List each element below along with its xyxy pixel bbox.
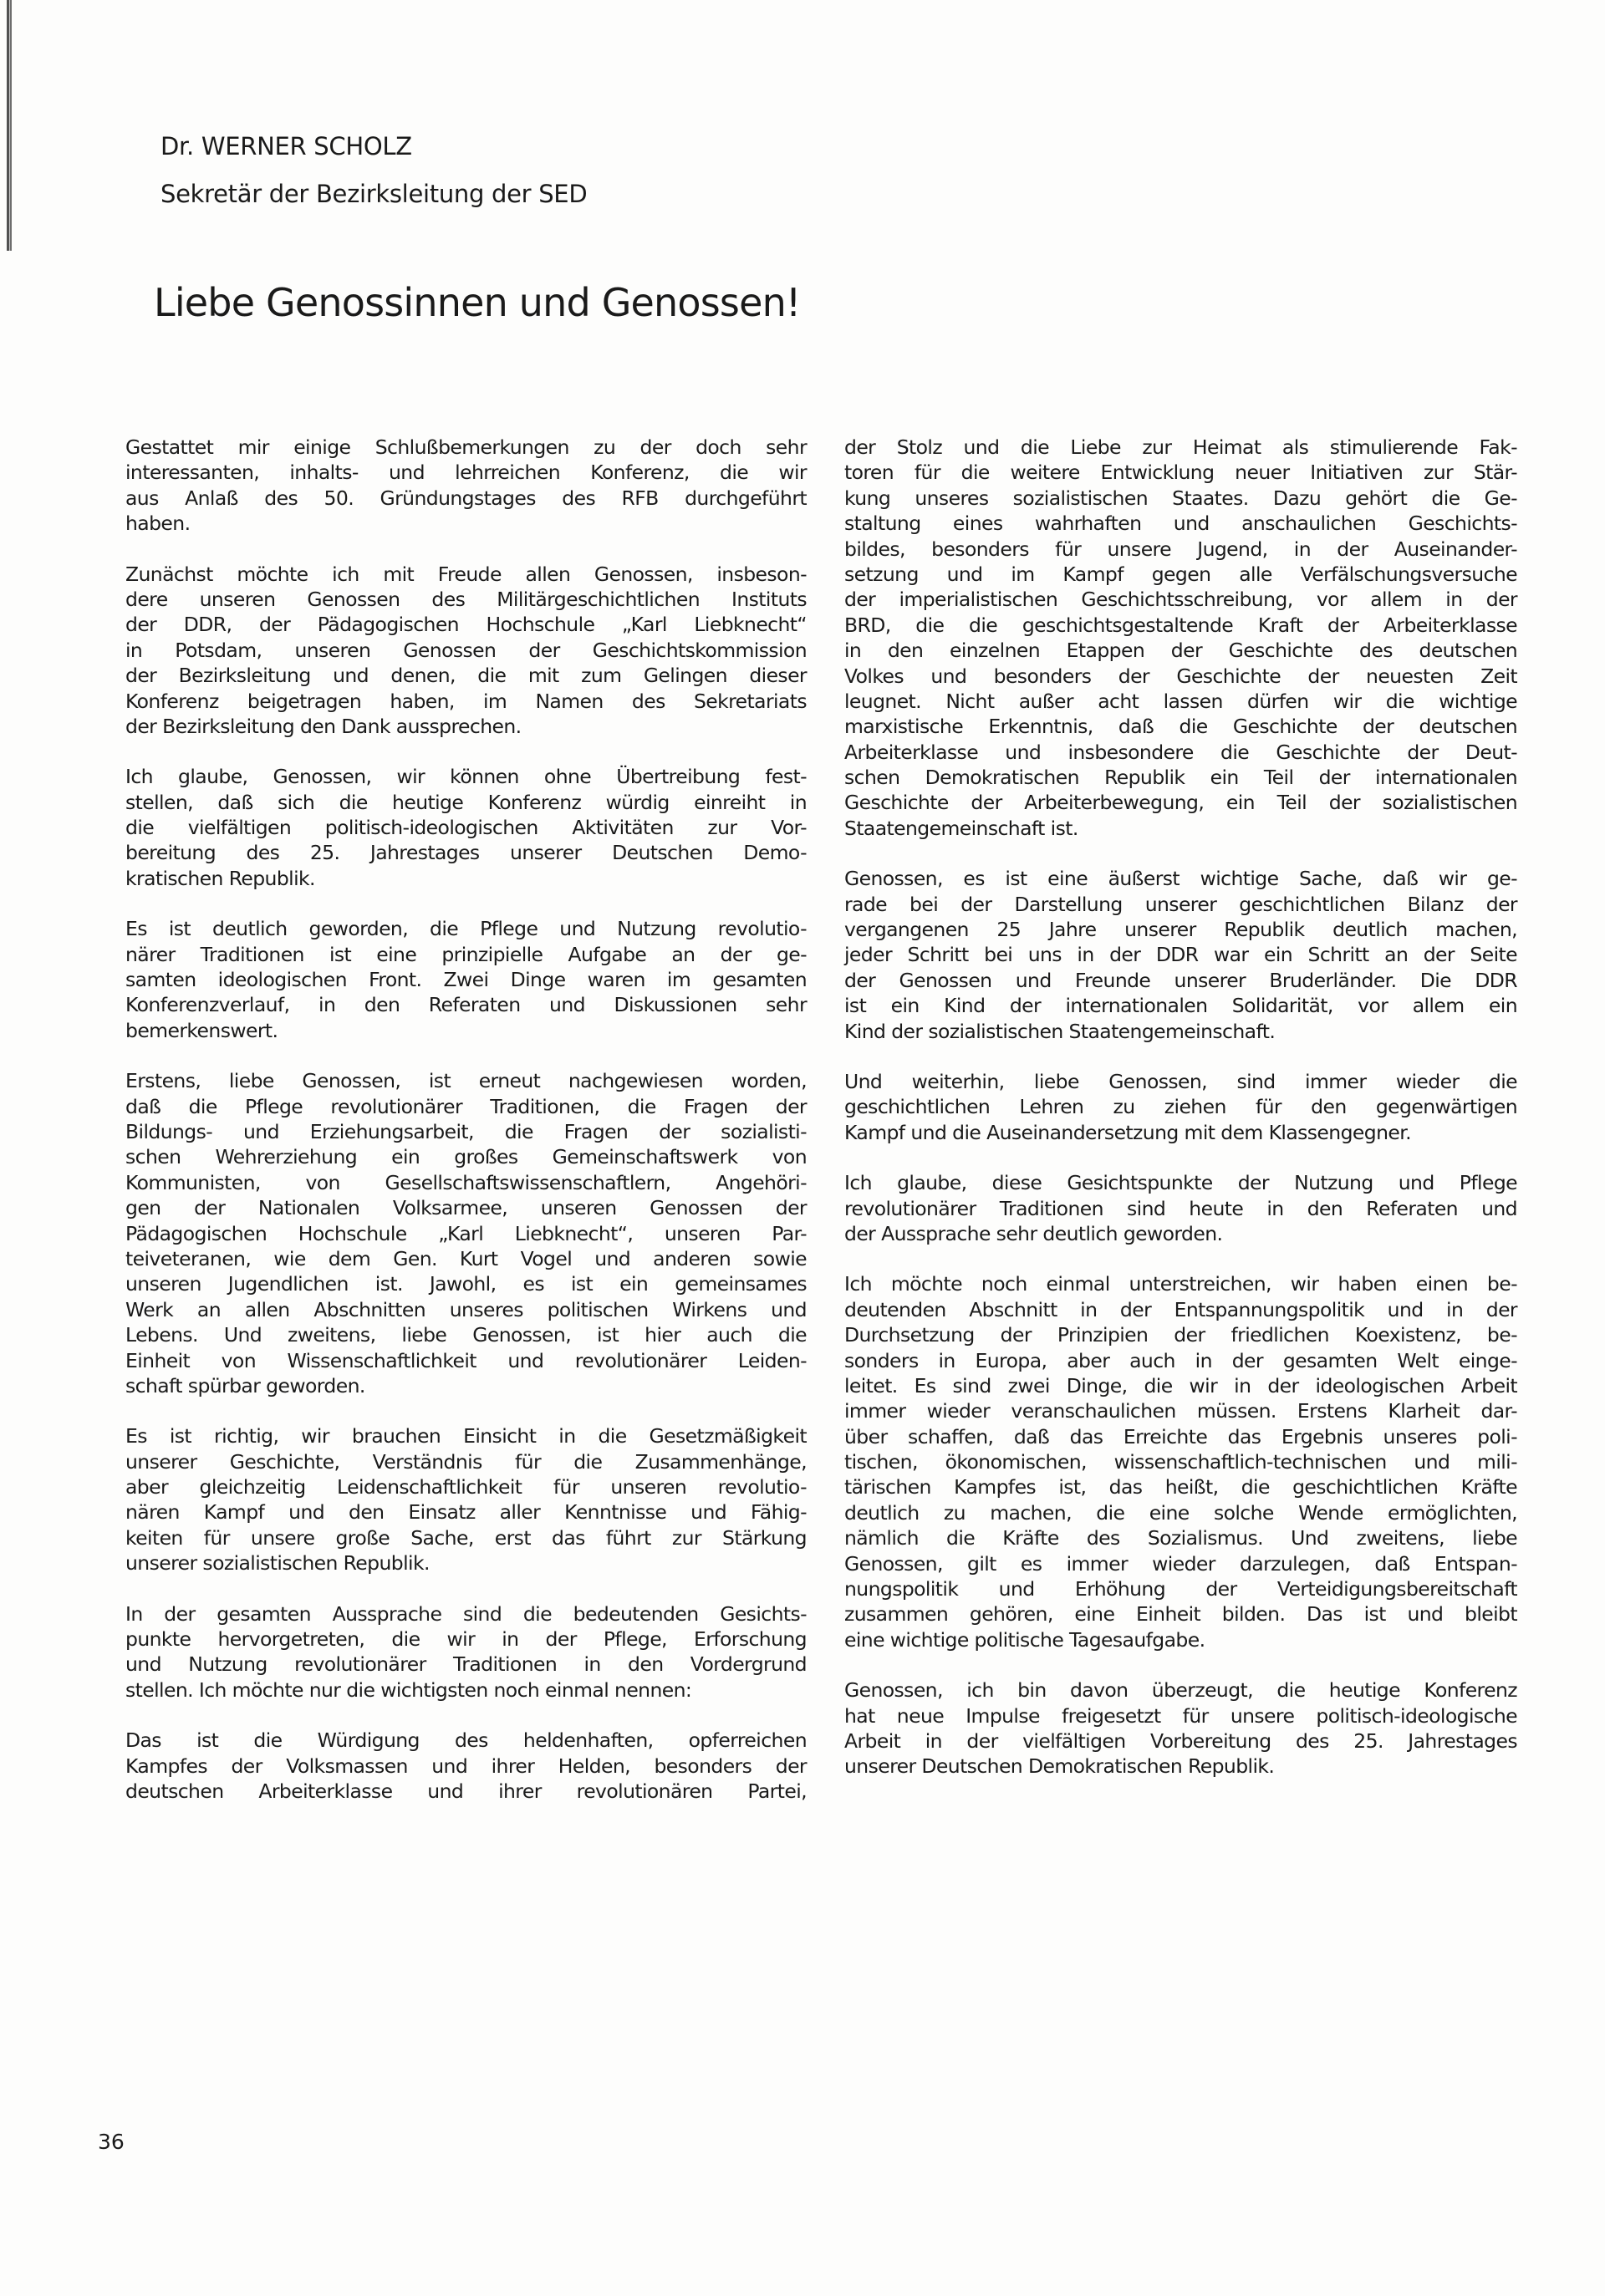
text-line: in den einzelnen Etappen der Geschichte … xyxy=(844,638,1517,663)
text-line: dere unseren Genossen des Militärgeschic… xyxy=(125,587,807,612)
text-line: sonders in Europa, aber auch in der gesa… xyxy=(844,1348,1517,1373)
author-name: Dr. WERNER SCHOLZ xyxy=(160,132,412,160)
text-line: bemerkenswert. xyxy=(125,1018,807,1043)
text-line: Gestattet mir einige Schlußbemerkungen z… xyxy=(125,435,807,460)
text-line: Es ist richtig, wir brauchen Einsicht in… xyxy=(125,1423,807,1448)
text-line: rade bei der Darstellung unserer geschic… xyxy=(844,892,1517,917)
text-line: keiten für unsere große Sache, erst das … xyxy=(125,1525,807,1550)
paragraph: Es ist richtig, wir brauchen Einsicht in… xyxy=(125,1423,807,1576)
text-line: gen der Nationalen Volksarmee, unseren G… xyxy=(125,1195,807,1220)
paragraph: Genossen, es ist eine äußerst wichtige S… xyxy=(844,866,1517,1044)
text-line: Kampf und die Auseinandersetzung mit dem… xyxy=(844,1120,1517,1145)
text-line: Genossen, es ist eine äußerst wichtige S… xyxy=(844,866,1517,891)
text-line: Arbeiterklasse und insbesondere die Gesc… xyxy=(844,740,1517,765)
author-role: Sekretär der Bezirksleitung der SED xyxy=(160,180,587,208)
text-line: der imperialistischen Geschichtsschreibu… xyxy=(844,587,1517,612)
text-line: bildes, besonders für unsere Jugend, in … xyxy=(844,537,1517,562)
text-line: marxistische Erkenntnis, daß die Geschic… xyxy=(844,714,1517,739)
text-line: nungspolitik und Erhöhung der Verteidigu… xyxy=(844,1576,1517,1601)
page-title: Liebe Genossinnen und Genossen! xyxy=(154,280,801,325)
text-line: teiveteranen, wie dem Gen. Kurt Vogel un… xyxy=(125,1246,807,1271)
text-line: Ich möchte noch einmal unterstreichen, w… xyxy=(844,1271,1517,1296)
text-line: Volkes und besonders der Geschichte der … xyxy=(844,664,1517,689)
text-line: Es ist deutlich geworden, die Pflege und… xyxy=(125,916,807,941)
text-line: Pädagogischen Hochschule „Karl Liebknech… xyxy=(125,1221,807,1246)
paragraph: Genossen, ich bin davon überzeugt, die h… xyxy=(844,1677,1517,1779)
text-line: nämlich die Kräfte des Sozialismus. Und … xyxy=(844,1525,1517,1550)
text-line: schen Demokratischen Republik ein Teil d… xyxy=(844,765,1517,790)
text-line: daß die Pflege revolutionärer Traditione… xyxy=(125,1094,807,1119)
text-line: der Stolz und die Liebe zur Heimat als s… xyxy=(844,435,1517,460)
text-line: setzung und im Kampf gegen alle Verfälsc… xyxy=(844,562,1517,587)
text-line: nären Kampf und den Einsatz aller Kenntn… xyxy=(125,1499,807,1525)
text-line: über schaffen, daß das Erreichte das Erg… xyxy=(844,1424,1517,1449)
text-line: Staatengemeinschaft ist. xyxy=(844,816,1517,841)
text-line: Das ist die Würdigung des heldenhaften, … xyxy=(125,1728,807,1753)
text-line: immer wieder veranschaulichen müssen. Er… xyxy=(844,1398,1517,1423)
text-line: Durchsetzung der Prinzipien der friedlic… xyxy=(844,1322,1517,1347)
paragraph: In der gesamten Aussprache sind die bede… xyxy=(125,1601,807,1703)
text-line: bereitung des 25. Jahrestages unserer De… xyxy=(125,840,807,865)
text-line: leugnet. Nicht außer acht lassen dürfen … xyxy=(844,689,1517,714)
text-line: schaft spürbar geworden. xyxy=(125,1373,807,1398)
text-line: der Bezirksleitung und denen, die mit zu… xyxy=(125,663,807,688)
text-line: Bildungs- und Erziehungsarbeit, die Frag… xyxy=(125,1119,807,1144)
text-line: schen Wehrerziehung ein großes Gemeinsch… xyxy=(125,1144,807,1169)
text-line: Konferenz beigetragen haben, im Namen de… xyxy=(125,689,807,714)
text-line: Und weiterhin, liebe Genossen, sind imme… xyxy=(844,1069,1517,1094)
text-line: tischen, ökonomischen, wissenschaftlich-… xyxy=(844,1449,1517,1474)
text-line: Arbeit in der vielfältigen Vorbereitung … xyxy=(844,1728,1517,1754)
paragraph: Ich möchte noch einmal unterstreichen, w… xyxy=(844,1271,1517,1652)
text-line: samten ideologischen Front. Zwei Dinge w… xyxy=(125,967,807,992)
text-line: der Bezirksleitung den Dank aussprechen. xyxy=(125,714,807,739)
text-line: Ich glaube, diese Gesichtspunkte der Nut… xyxy=(844,1170,1517,1195)
text-line: ist ein Kind der internationalen Solidar… xyxy=(844,993,1517,1018)
text-line: Konferenzverlauf, in den Referaten und D… xyxy=(125,992,807,1017)
text-line: Geschichte der Arbeiterbewegung, ein Tei… xyxy=(844,790,1517,815)
text-line: die vielfältigen politisch-ideologischen… xyxy=(125,815,807,840)
text-line: punkte hervorgetreten, die wir in der Pf… xyxy=(125,1627,807,1652)
text-line: deutlich zu machen, die eine solche Wend… xyxy=(844,1500,1517,1525)
text-line: in Potsdam, unseren Genossen der Geschic… xyxy=(125,638,807,663)
text-line: stellen, daß sich die heutige Konferenz … xyxy=(125,790,807,815)
text-line: eine wichtige politische Tagesaufgabe. xyxy=(844,1627,1517,1652)
paragraph: Und weiterhin, liebe Genossen, sind imme… xyxy=(844,1069,1517,1145)
paragraph: Erstens, liebe Genossen, ist erneut nach… xyxy=(125,1068,807,1398)
text-line: vergangenen 25 Jahre unserer Republik de… xyxy=(844,917,1517,942)
text-column-right: der Stolz und die Liebe zur Heimat als s… xyxy=(844,435,1517,1805)
paragraph: Es ist deutlich geworden, die Pflege und… xyxy=(125,916,807,1043)
text-line: Kommunisten, von Gesellschaftswissenscha… xyxy=(125,1170,807,1195)
text-line: haben. xyxy=(125,511,807,536)
text-line: staltung eines wahrhaften und anschaulic… xyxy=(844,511,1517,536)
text-line: Kampfes der Volksmassen und ihrer Helden… xyxy=(125,1754,807,1779)
page-number: 36 xyxy=(98,2130,125,2154)
text-line: revolutionärer Traditionen sind heute in… xyxy=(844,1196,1517,1221)
text-line: närer Traditionen ist eine prinzipielle … xyxy=(125,942,807,967)
text-line: tärischen Kampfes ist, das heißt, die ge… xyxy=(844,1474,1517,1499)
paragraph: Gestattet mir einige Schlußbemerkungen z… xyxy=(125,435,807,537)
text-line: hat neue Impulse freigesetzt für unsere … xyxy=(844,1703,1517,1728)
text-line: aber gleichzeitig Leidenschaftlichkeit f… xyxy=(125,1474,807,1499)
text-line: kung unseres sozialistischen Staates. Da… xyxy=(844,486,1517,511)
text-line: interessanten, inhalts- und lehrreichen … xyxy=(125,460,807,485)
text-line: unserer Deutschen Demokratischen Republi… xyxy=(844,1754,1517,1779)
text-column-left: Gestattet mir einige Schlußbemerkungen z… xyxy=(125,435,807,1829)
paragraph: Zunächst möchte ich mit Freude allen Gen… xyxy=(125,562,807,740)
text-line: Werk an allen Abschnitten unseres politi… xyxy=(125,1297,807,1322)
text-line: Genossen, ich bin davon überzeugt, die h… xyxy=(844,1677,1517,1703)
text-line: zusammen gehören, eine Einheit bilden. D… xyxy=(844,1601,1517,1627)
text-line: aus Anlaß des 50. Gründungstages des RFB… xyxy=(125,486,807,511)
paragraph: Ich glaube, Genossen, wir können ohne Üb… xyxy=(125,764,807,891)
paragraph: der Stolz und die Liebe zur Heimat als s… xyxy=(844,435,1517,841)
text-line: unseren Jugendlichen ist. Jawohl, es ist… xyxy=(125,1271,807,1296)
text-line: Lebens. Und zweitens, liebe Genossen, is… xyxy=(125,1322,807,1347)
paragraph: Das ist die Würdigung des heldenhaften, … xyxy=(125,1728,807,1804)
text-line: der Aussprache sehr deutlich geworden. xyxy=(844,1221,1517,1246)
text-line: Kind der sozialistischen Staatengemeinsc… xyxy=(844,1019,1517,1044)
text-line: BRD, die die geschichtsgestaltende Kraft… xyxy=(844,613,1517,638)
text-line: Genossen, gilt es immer wieder darzulege… xyxy=(844,1551,1517,1576)
text-line: toren für die weitere Entwicklung neuer … xyxy=(844,460,1517,485)
text-line: Erstens, liebe Genossen, ist erneut nach… xyxy=(125,1068,807,1093)
text-line: deutschen Arbeiterklasse und ihrer revol… xyxy=(125,1779,807,1804)
text-line: Einheit von Wissenschaftlichkeit und rev… xyxy=(125,1348,807,1373)
paragraph: Ich glaube, diese Gesichtspunkte der Nut… xyxy=(844,1170,1517,1246)
text-line: deutenden Abschnitt in der Entspannungsp… xyxy=(844,1297,1517,1322)
text-line: stellen. Ich möchte nur die wichtigsten … xyxy=(125,1677,807,1703)
text-line: unserer Geschichte, Verständnis für die … xyxy=(125,1449,807,1474)
scan-binding-edge xyxy=(7,0,12,251)
text-line: Zunächst möchte ich mit Freude allen Gen… xyxy=(125,562,807,587)
text-line: unserer sozialistischen Republik. xyxy=(125,1550,807,1576)
text-line: jeder Schritt bei uns in der DDR war ein… xyxy=(844,942,1517,967)
text-line: geschichtlichen Lehren zu ziehen für den… xyxy=(844,1094,1517,1119)
text-line: Ich glaube, Genossen, wir können ohne Üb… xyxy=(125,764,807,789)
text-line: leitet. Es sind zwei Dinge, die wir in d… xyxy=(844,1373,1517,1398)
text-line: der DDR, der Pädagogischen Hochschule „K… xyxy=(125,612,807,637)
text-line: der Genossen und Freunde unserer Bruderl… xyxy=(844,968,1517,993)
text-line: In der gesamten Aussprache sind die bede… xyxy=(125,1601,807,1627)
text-line: kratischen Republik. xyxy=(125,866,807,891)
text-line: und Nutzung revolutionärer Traditionen i… xyxy=(125,1652,807,1677)
